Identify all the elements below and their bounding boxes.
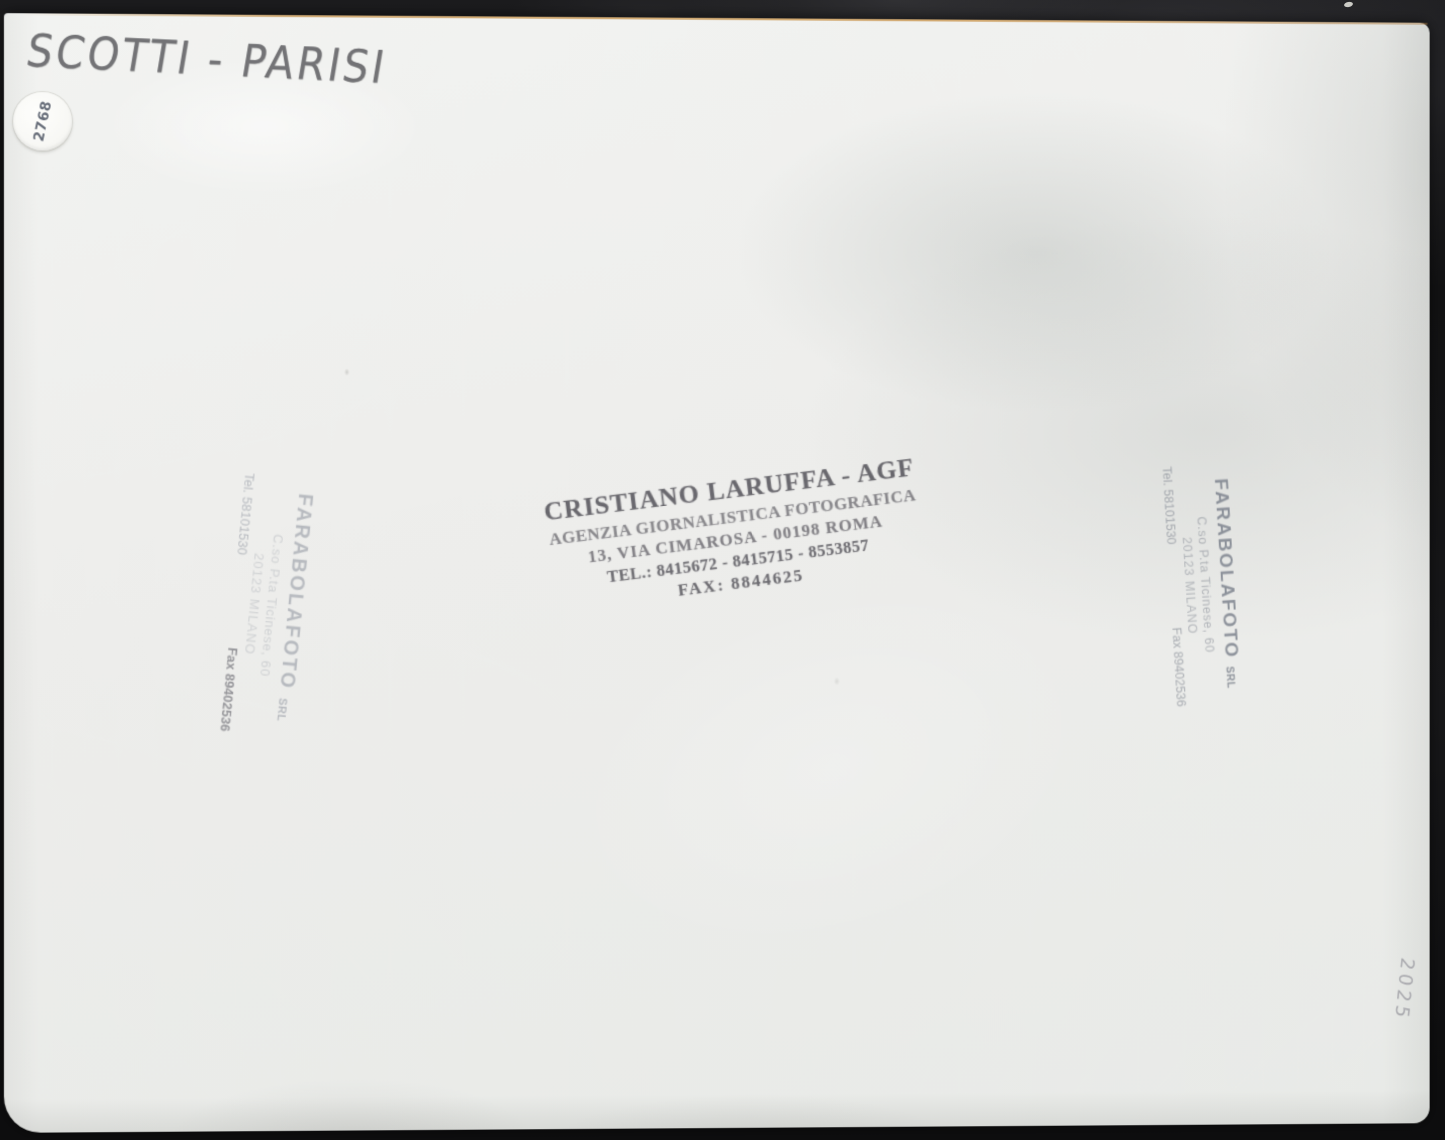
stamp-company-suffix: SRL [274, 697, 288, 722]
paper-dent [343, 367, 350, 377]
photo-print-back: SCOTTI - PARISI 2768 CRISTIANO LARUFFA -… [4, 13, 1430, 1133]
paper-dent [833, 676, 841, 687]
archive-sticker: 2768 [13, 92, 72, 151]
agency-stamp-farabola-right: FARABOLAFOTO SRL C.so P.ta Ticinese, 60 … [1160, 463, 1245, 707]
stamp-company-suffix: SRL [1223, 666, 1235, 689]
sticker-number: 2768 [30, 99, 55, 143]
handwritten-archive-number: 2025 [1390, 956, 1418, 1023]
agency-stamp-laruffa: CRISTIANO LARUFFA - AGF AGENZIA GIORNALI… [489, 446, 980, 622]
handwritten-caption: SCOTTI - PARISI [23, 25, 391, 94]
photo-back-scene: SCOTTI - PARISI 2768 CRISTIANO LARUFFA -… [0, 0, 1445, 1140]
agency-stamp-farabola-left: FARABOLAFOTO SRL C.so P.ta Ticinese, 60 … [217, 472, 317, 737]
